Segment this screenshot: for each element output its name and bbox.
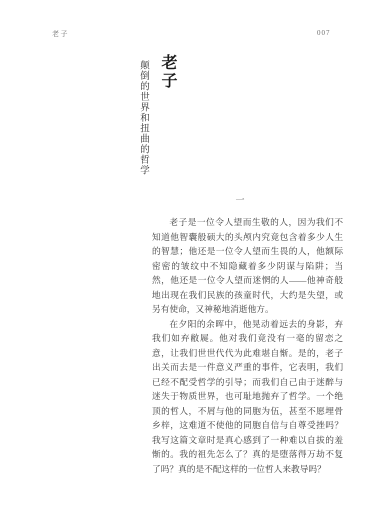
running-title: 老子 <box>52 29 69 39</box>
paragraph: 老子是一位令人望而生敬的人，因为我们不知道他智囊般硕大的头颅内究竟包含着多少人生… <box>152 215 343 317</box>
body-text: 老子是一位令人望而生敬的人，因为我们不知道他智囊般硕大的头颅内究竟包含着多少人生… <box>152 215 343 476</box>
section-marker: 一 <box>152 193 328 206</box>
page-number: 007 <box>317 29 331 37</box>
chapter-title: 老子 <box>156 54 179 176</box>
paragraph: 在夕阳的余晖中，他晃动着远去的身影，弃我们如弃敝屣。他对我们竟没有一毫的留恋之意… <box>152 317 343 477</box>
chapter-title-block: 老子 颠倒的世界和扭曲的哲学 <box>136 54 179 176</box>
book-page: 老子 007 老子 颠倒的世界和扭曲的哲学 一 老子是一位令人望而生敬的人，因为… <box>0 0 375 514</box>
chapter-subtitle: 颠倒的世界和扭曲的哲学 <box>136 60 150 176</box>
